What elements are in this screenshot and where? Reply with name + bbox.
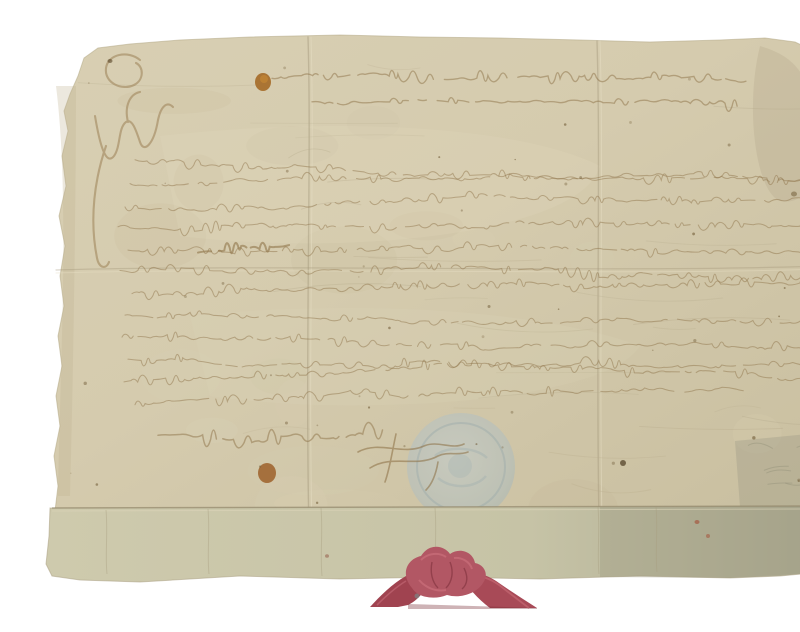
parchment-scan: [40, 16, 800, 616]
blind-seal: [407, 413, 515, 521]
document-photo: Photograph of an early-modern handwritte…: [40, 16, 800, 616]
